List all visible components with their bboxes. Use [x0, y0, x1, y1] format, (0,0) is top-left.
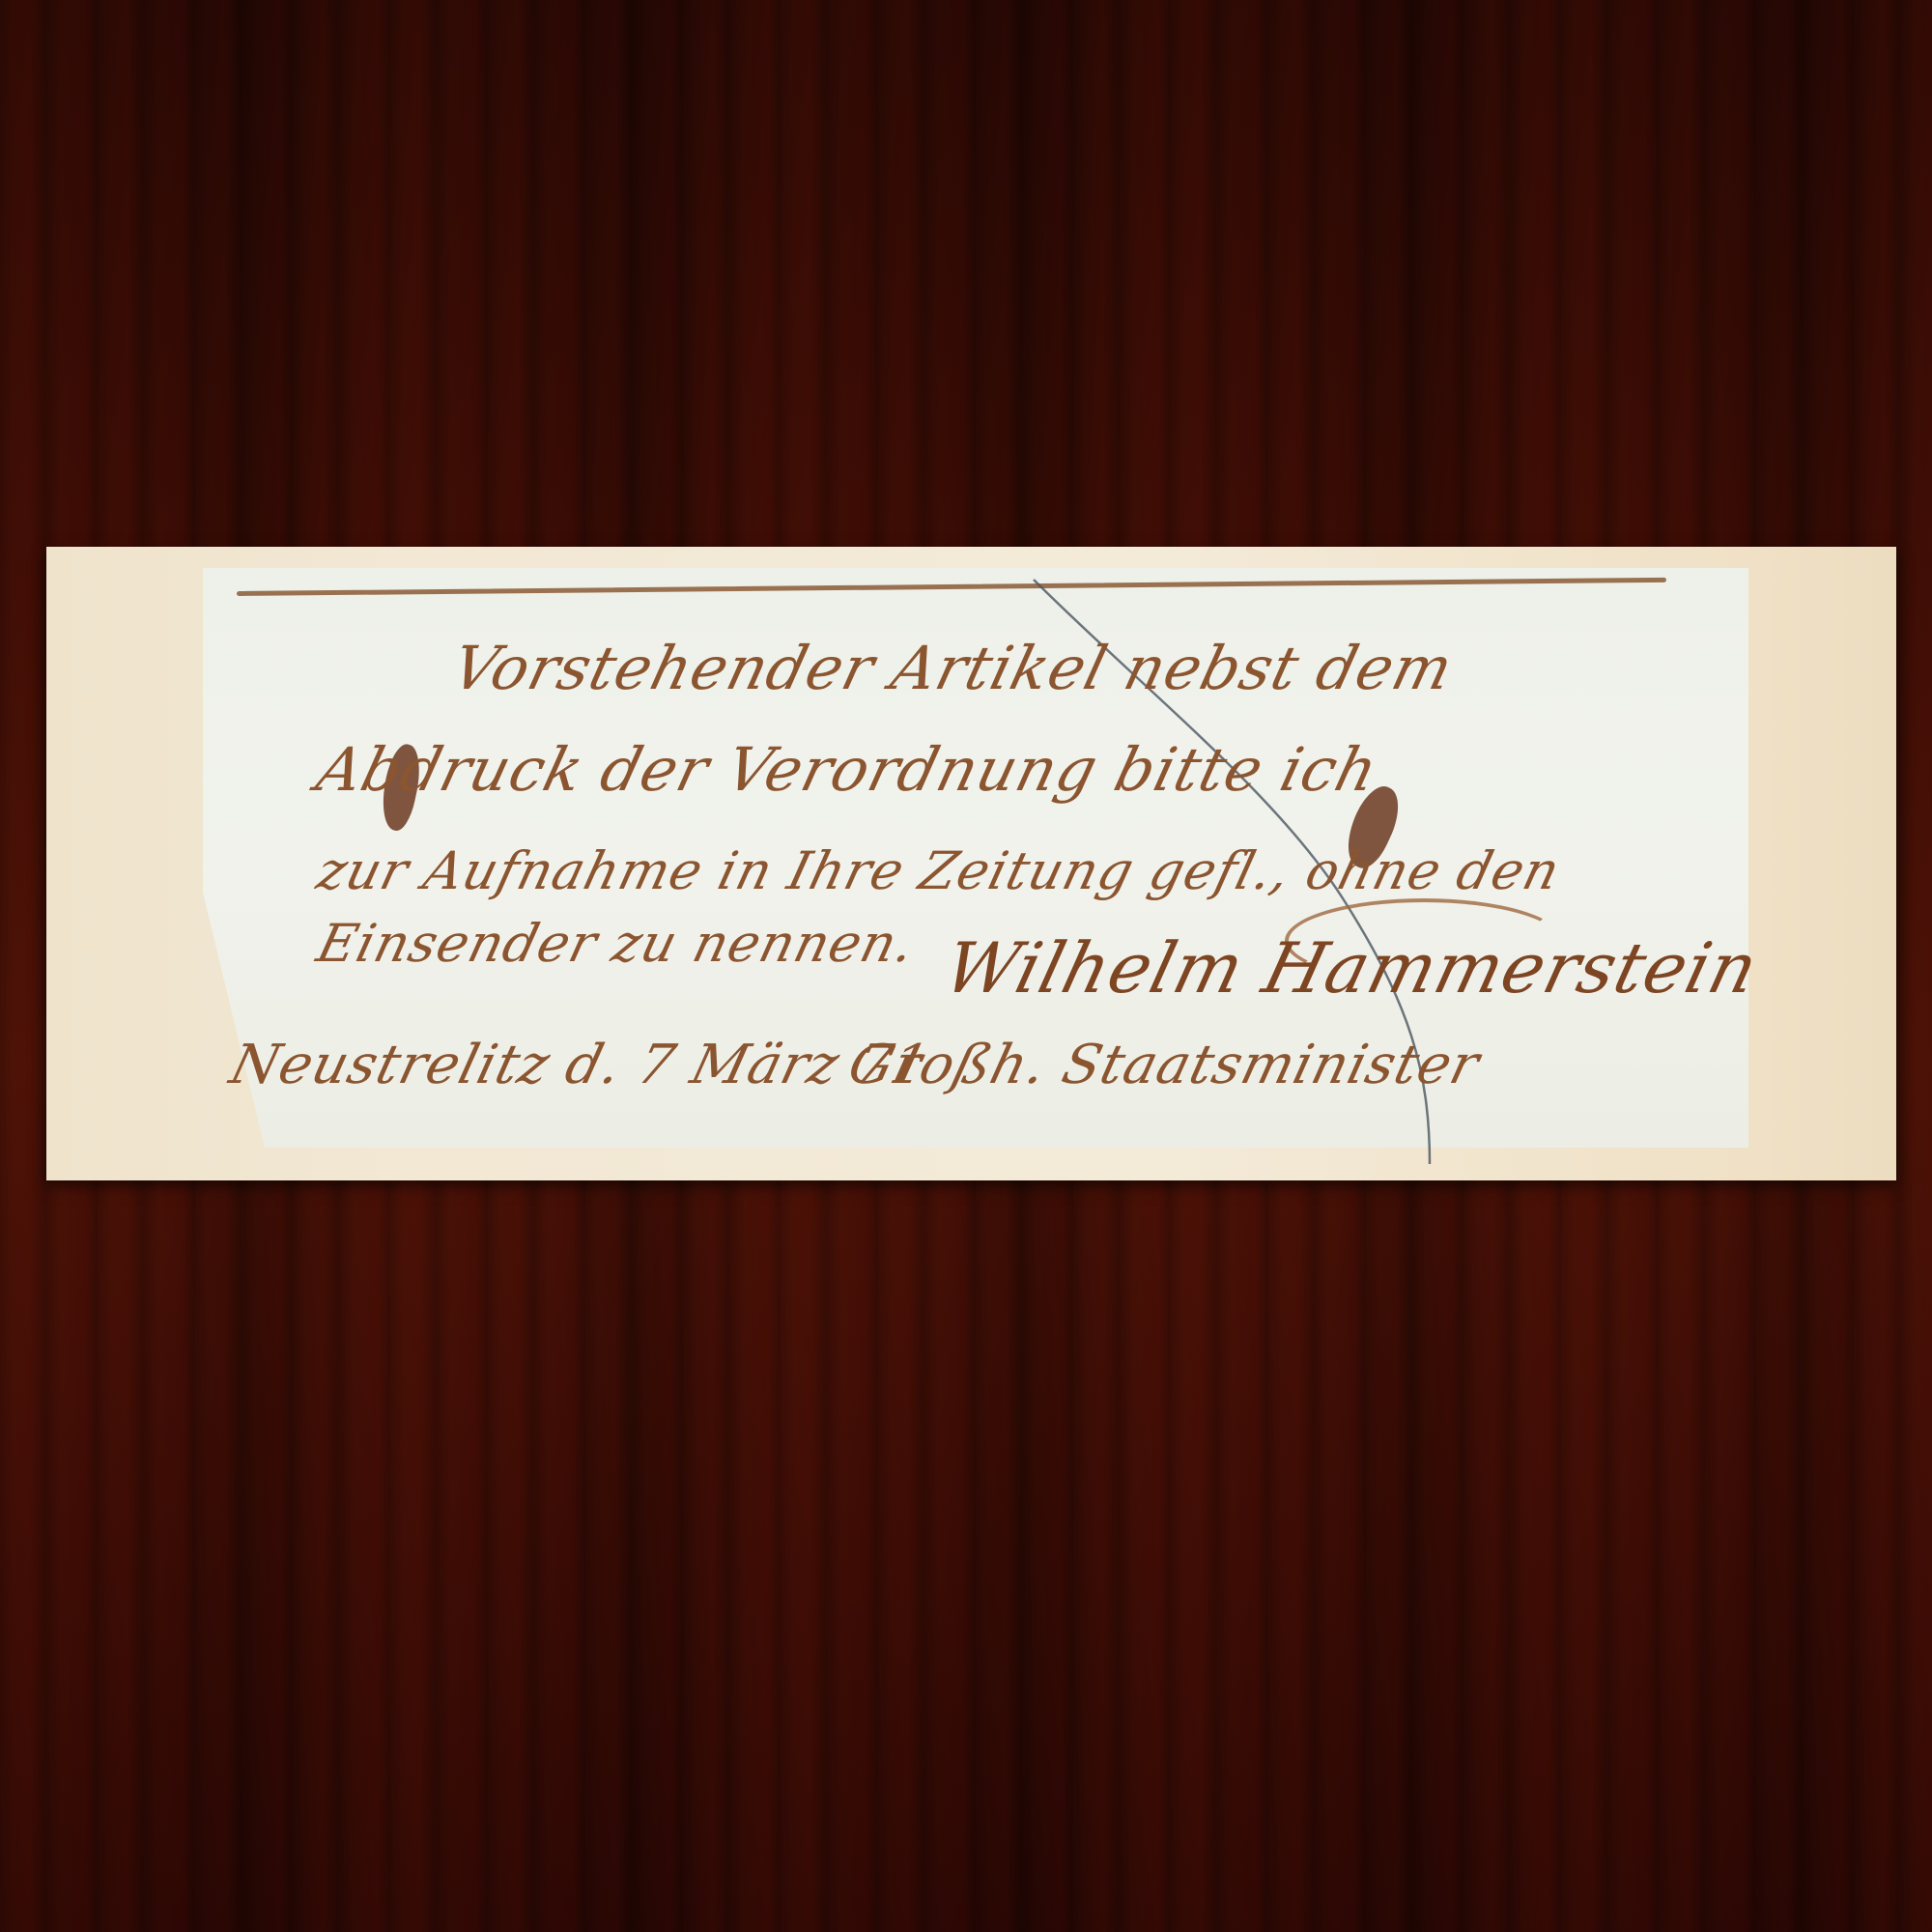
text-line-4: Einsender zu nennen.	[311, 913, 922, 974]
text-line-1: Vorstehender Artikel nebst dem	[445, 633, 1461, 703]
signature: Wilhelm Hammerstein	[937, 927, 1767, 1009]
signatory-title: Großh. Staatsminister	[842, 1034, 1487, 1096]
text-line-2: Abdruck der Verordnung bitte ich	[310, 734, 1385, 805]
place-date: Neustrelitz d. 7 März 71	[224, 1034, 935, 1096]
text-line-3: zur Aufnahme in Ihre Zeitung gefl., ohne…	[311, 840, 1567, 901]
